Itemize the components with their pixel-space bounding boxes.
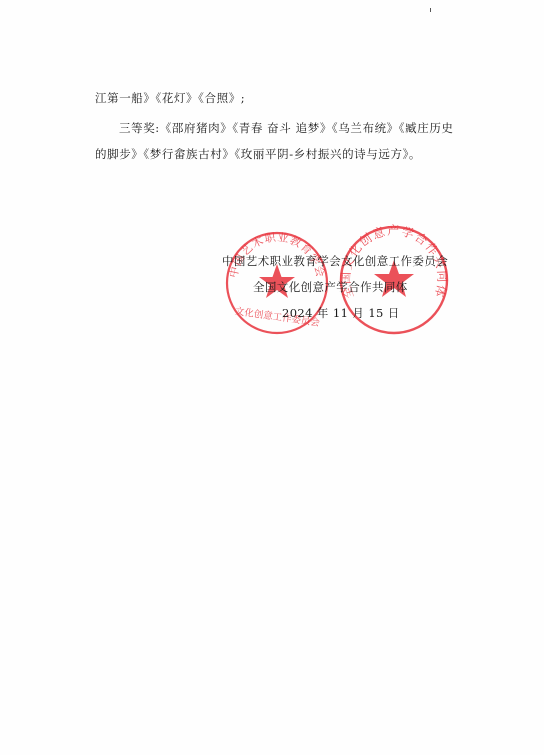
document-page: 江第一船》《花灯》《合照》; 三等奖:《邵府猪肉》《青春 奋斗 追梦》《乌兰布统… [0, 0, 544, 755]
signature-org-2: 全国文化创意产学合作共同体 [253, 280, 408, 294]
body-line-3: 的脚步》《梦行畲族古村》《玫丽平阴-乡村振兴的诗与远方》。 [95, 147, 421, 161]
signature-org-1: 中国艺术职业教育学会文化创意工作委员会 [222, 254, 448, 268]
signature-date: 2024 年 11 月 15 日 [282, 306, 400, 320]
page-mark [430, 8, 431, 12]
body-line-1: 江第一船》《花灯》《合照》; [95, 91, 245, 105]
third-prize-line: 三等奖:《邵府猪肉》《青春 奋斗 追梦》《乌兰布统》《臧庄历史 [119, 121, 454, 135]
